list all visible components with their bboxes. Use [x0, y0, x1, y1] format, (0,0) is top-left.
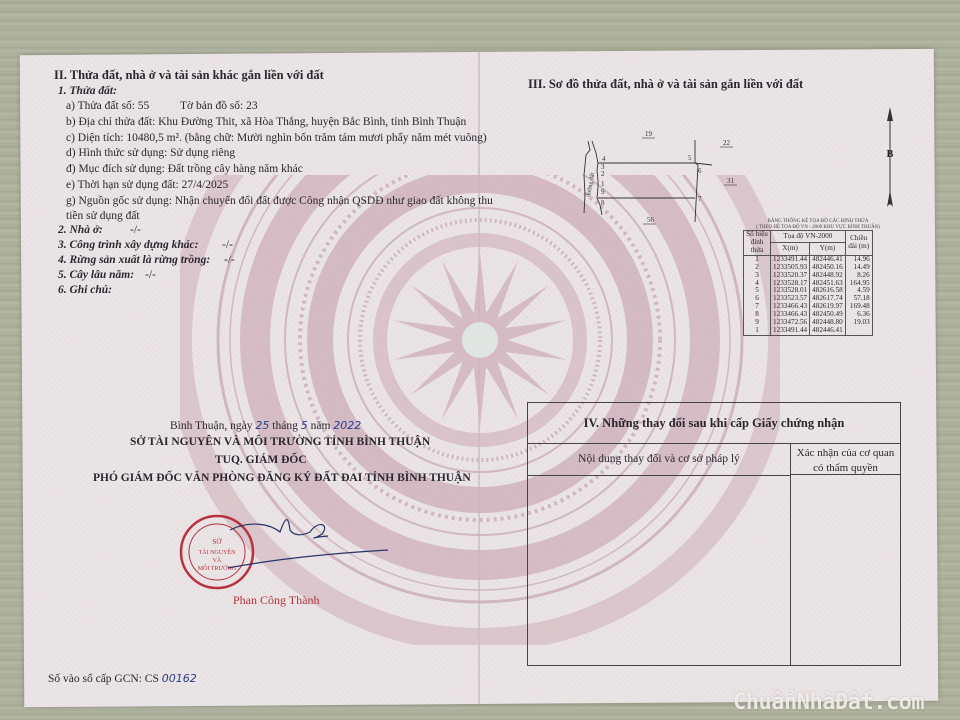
vertex-6: 6 — [698, 167, 702, 175]
neighbor-56: 56 — [647, 216, 655, 224]
planted-forest-value: -/- — [224, 255, 235, 267]
coord-row: 51233528.01482616.584.59 — [744, 287, 873, 295]
coord-cell-id: 1 — [744, 327, 771, 335]
other-construction-value: -/- — [222, 240, 233, 252]
map-sheet-number: Tờ bản đồ số: 23 — [180, 101, 258, 113]
confirm-line-1: Xác nhận của cơ quan — [791, 446, 900, 461]
parcel-area: c) Diện tích: 10480,5 m². (bằng chữ: Mườ… — [66, 133, 487, 145]
planted-forest-label: 4. Rừng sản xuất là rừng trồng: — [58, 255, 210, 267]
coord-cell-len: 19.03 — [845, 319, 872, 327]
page-fold — [478, 52, 480, 704]
col-edge-length: Chiều dài (m) — [845, 231, 872, 256]
notes-label: 6. Ghi chú: — [58, 285, 112, 297]
month-label: tháng — [272, 420, 298, 432]
neighbor-19: 19 — [645, 130, 653, 138]
col-system: Tọa độ VN-2000 — [771, 231, 846, 243]
section-4-title: IV. Những thay đổi sau khi cấp Giấy chứn… — [528, 403, 900, 444]
on-behalf-of: TUQ. GIÁM ĐỐC — [215, 455, 307, 467]
coord-cell-y: 482446.41 — [810, 327, 846, 335]
issuing-agency: SỞ TÀI NGUYÊN VÀ MÔI TRƯỜNG TỈNH BÌNH TH… — [130, 437, 470, 449]
changes-table: IV. Những thay đổi sau khi cấp Giấy chứn… — [527, 402, 901, 666]
other-construction-label: 3. Công trình xây dựng khác: — [58, 240, 198, 252]
confirm-line-2: có thẩm quyền — [791, 461, 900, 476]
usage-purpose: đ) Mục đích sử dụng: Đất trồng cây hàng … — [66, 164, 303, 176]
land-heading: 1. Thửa đất: — [58, 86, 117, 98]
vertex-7: 7 — [698, 195, 702, 203]
coord-row: 71233466.43482619.97169.48 — [744, 303, 873, 311]
vertex-8: 8 — [601, 199, 605, 207]
vertex-9: 9 — [601, 188, 605, 196]
registry-label: Số vào sổ cấp GCN: CS — [48, 673, 159, 685]
coord-row: 91233472.56482448.8019.03 — [744, 319, 873, 327]
usage-term: e) Thời hạn sử dụng đất: 27/4/2025 — [66, 180, 228, 192]
perennial-value: -/- — [145, 270, 156, 282]
road-label: đường đất — [585, 172, 596, 197]
signer-position: PHÓ GIÁM ĐỐC VĂN PHÒNG ĐĂNG KÝ ĐẤT ĐAI T… — [93, 473, 471, 485]
usage-origin-cont: tiền sử dụng đất — [66, 211, 140, 223]
vertex-4: 4 — [602, 155, 606, 163]
coord-row: 21233505.93482450.1614.49 — [744, 264, 873, 272]
registry-value: 00162 — [162, 672, 197, 685]
house-label: 2. Nhà ở: — [58, 225, 103, 237]
neighbor-22: 22 — [723, 139, 731, 147]
handwritten-signature — [210, 510, 390, 580]
section-2-title: II. Thửa đất, nhà ở và tài sản khác gắn … — [54, 69, 324, 82]
parcel-sketch-map: 4 5 6 3 2 1 9 7 8 19 22 31 56 đường đất — [570, 125, 750, 225]
year-label: năm — [311, 420, 331, 432]
coord-row: 11233491.44482446.4114.96 — [744, 255, 873, 263]
column-divider — [790, 475, 791, 665]
section-3-title: III. Sơ đồ thửa đất, nhà ở và tài sản gắ… — [528, 78, 803, 91]
issue-date: Bình Thuận, ngày 25 tháng 5 năm 2022 — [170, 420, 361, 433]
vertex-1: 1 — [601, 180, 605, 188]
perennial-label: 5. Cây lâu năm: — [58, 270, 134, 282]
svg-text:B: B — [887, 149, 894, 160]
col-change-content: Nội dung thay đổi và cơ sở pháp lý — [528, 443, 791, 476]
col-x: X(m) — [771, 243, 810, 255]
signer-name: Phan Công Thành — [233, 594, 319, 606]
coord-row: 81233466.43482450.496.36 — [744, 311, 873, 319]
coord-row: 41233528.17482451.63164.95 — [744, 280, 873, 288]
date-month: 5 — [301, 419, 308, 432]
parcel-number: a) Thửa đất số: 55 — [66, 101, 149, 113]
usage-form: d) Hình thức sử dụng: Sử dụng riêng — [66, 148, 235, 160]
col-authority-confirmation: Xác nhận của cơ quan có thẩm quyền — [791, 443, 900, 475]
date-prefix: Bình Thuận, ngày — [170, 420, 253, 432]
north-arrow-icon: B — [875, 105, 905, 210]
house-value: -/- — [130, 225, 141, 237]
date-year: 2022 — [333, 419, 361, 432]
vertex-5: 5 — [688, 154, 692, 162]
col-y: Y(m) — [810, 243, 846, 255]
col-vertex: Số hiệu đỉnh thửa — [744, 231, 771, 256]
vertex-2: 2 — [601, 170, 605, 178]
site-watermark: ChuẩnNhàĐất.com — [733, 690, 924, 715]
date-day: 25 — [255, 419, 269, 432]
coord-cell-len — [845, 327, 872, 335]
registry-number: Số vào sổ cấp GCN: CS 00162 — [48, 673, 197, 686]
parcel-address: b) Địa chỉ thửa đất: Khu Đường Thit, xã … — [66, 117, 466, 129]
coord-cell-x: 1233491.44 — [771, 327, 810, 335]
usage-origin: g) Nguồn gốc sử dụng: Nhận chuyển đổi đấ… — [66, 196, 493, 208]
coordinate-table: Số hiệu đỉnh thửa Tọa độ VN-2000 Chiều d… — [743, 230, 873, 336]
coord-row: 11233491.44482446.41 — [744, 327, 873, 335]
neighbor-31: 31 — [727, 177, 735, 185]
